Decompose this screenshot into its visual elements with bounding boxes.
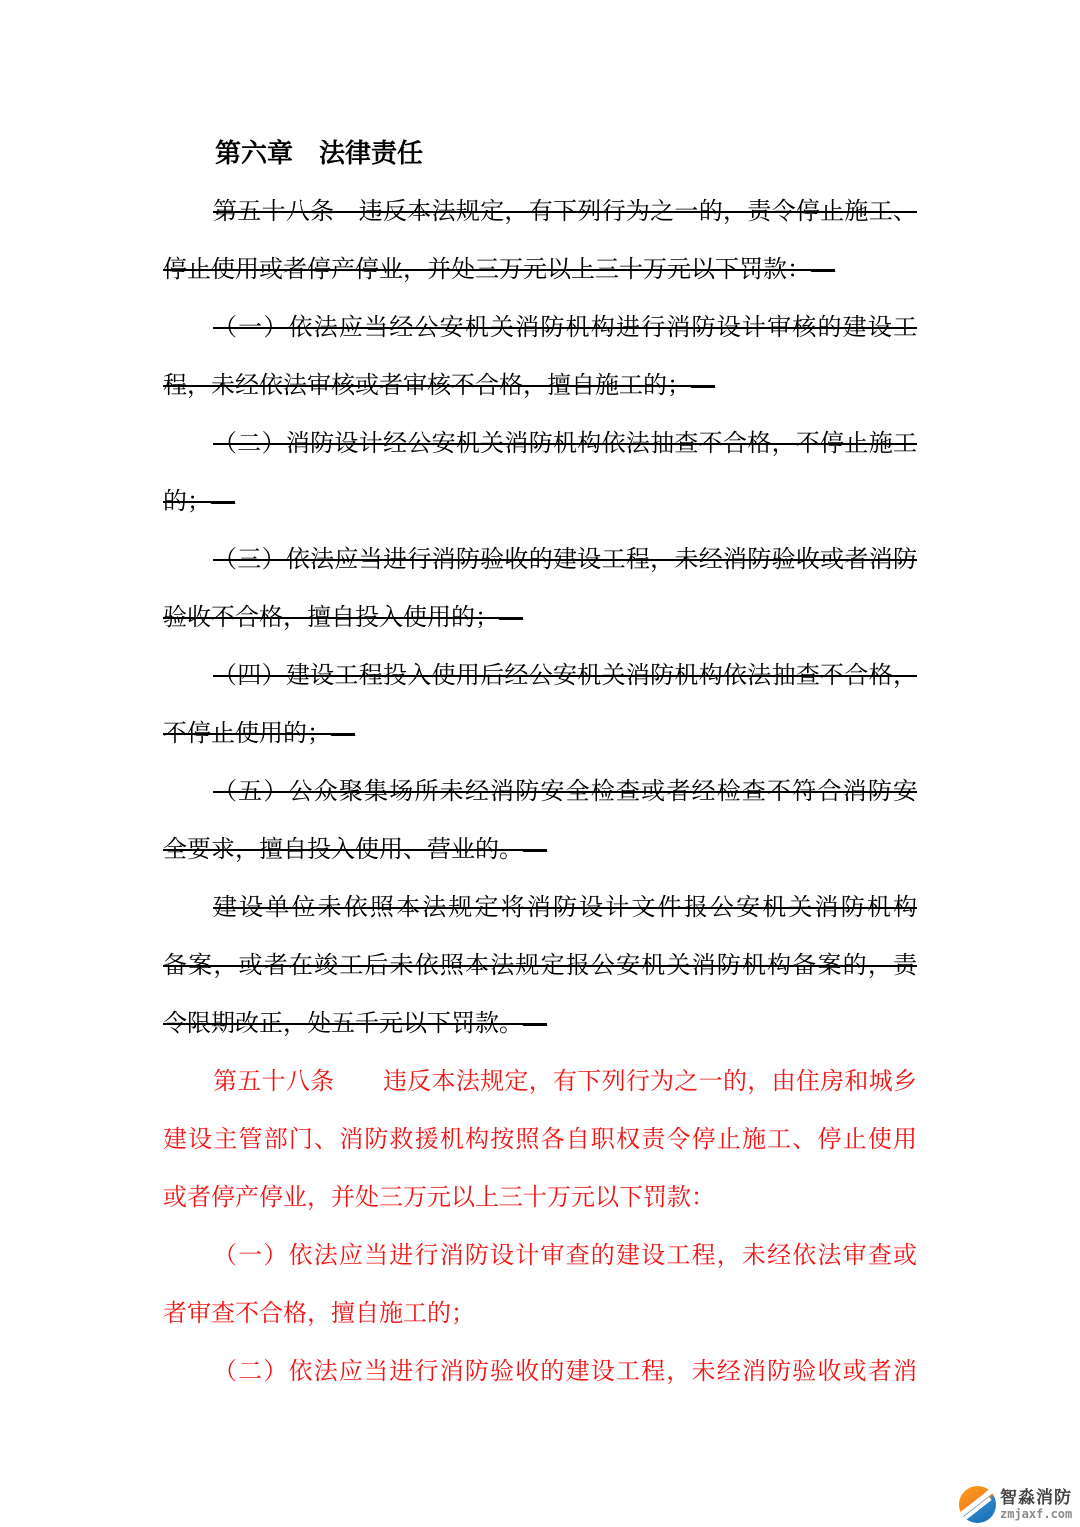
brand-domain: zmjaxf.com [1000,1508,1072,1520]
document-page: 第六章 法律责任 第五十八条 违反本法规定，有下列行为之一的，责令停止施工、 停… [0,0,1080,1527]
text-line: 不停止使用的；— [163,705,917,763]
text-line: 全要求，擅自投入使用、营业的。— [163,821,917,879]
chapter-heading: 第六章 法律责任 [163,125,917,183]
brand-name: 智淼消防 [1000,1489,1072,1506]
text-line: 建设单位未依照本法规定将消防设计文件报公安机关消防机构 [163,879,917,937]
deleted-paragraph: （五）公众聚集场所未经消防安全检查或者经检查不符合消防安 全要求，擅自投入使用、… [163,763,917,879]
text-line: （五）公众聚集场所未经消防安全检查或者经检查不符合消防安 [163,763,917,821]
document-body: 第六章 法律责任 第五十八条 违反本法规定，有下列行为之一的，责令停止施工、 停… [163,125,917,1401]
text-line: 第五十八条 违反本法规定，有下列行为之一的，责令停止施工、 [163,183,917,241]
text-line: （二）消防设计经公安机关消防机构依法抽查不合格，不停止施工 [163,415,917,473]
text-line: 令限期改正，处五千元以下罚款。— [163,995,917,1053]
text-line: 第五十八条 违反本法规定，有下列行为之一的，由住房和城乡 [163,1053,917,1111]
text-line: 备案，或者在竣工后未依照本法规定报公安机关消防机构备案的，责 [163,937,917,995]
deleted-paragraph: （三）依法应当进行消防验收的建设工程，未经消防验收或者消防 验收不合格，擅自投入… [163,531,917,647]
text-line: 的；— [163,473,917,531]
text-line: 建设主管部门、消防救援机构按照各自职权责令停止施工、停止使用 [163,1111,917,1169]
text-line: （一）依法应当进行消防设计审查的建设工程，未经依法审查或 [163,1227,917,1285]
text-line: 或者停产停业，并处三万元以上三十万元以下罚款： [163,1169,917,1227]
text-line: （二）依法应当进行消防验收的建设工程，未经消防验收或者消 [163,1343,917,1401]
text-line: 验收不合格，擅自投入使用的；— [163,589,917,647]
text-line: 程，未经依法审核或者审核不合格，擅自施工的；— [163,357,917,415]
text-line: （一）依法应当经公安机关消防机构进行消防设计审核的建设工 [163,299,917,357]
text-line: 停止使用或者停产停业，并处三万元以上三十万元以下罚款：— [163,241,917,299]
inserted-paragraph: （二）依法应当进行消防验收的建设工程，未经消防验收或者消 [163,1343,917,1401]
zhimiao-watermark: 智淼消防 zmjaxf.com [959,1486,1072,1523]
text-line: （四）建设工程投入使用后经公安机关消防机构依法抽查不合格， [163,647,917,705]
zhimiao-logo-icon [959,1486,996,1523]
text-line: 者审查不合格，擅自施工的； [163,1285,917,1343]
deleted-paragraph: 建设单位未依照本法规定将消防设计文件报公安机关消防机构 备案，或者在竣工后未依照… [163,879,917,1053]
text-line: （三）依法应当进行消防验收的建设工程，未经消防验收或者消防 [163,531,917,589]
inserted-paragraph: （一）依法应当进行消防设计审查的建设工程，未经依法审查或 者审查不合格，擅自施工… [163,1227,917,1343]
logo-text: 智淼消防 zmjaxf.com [1000,1489,1072,1520]
inserted-paragraph: 第五十八条 违反本法规定，有下列行为之一的，由住房和城乡 建设主管部门、消防救援… [163,1053,917,1227]
deleted-paragraph: 第五十八条 违反本法规定，有下列行为之一的，责令停止施工、 停止使用或者停产停业… [163,183,917,299]
deleted-paragraph: （二）消防设计经公安机关消防机构依法抽查不合格，不停止施工 的；— [163,415,917,531]
deleted-paragraph: （一）依法应当经公安机关消防机构进行消防设计审核的建设工 程，未经依法审核或者审… [163,299,917,415]
logo-swoosh [959,1486,996,1519]
deleted-paragraph: （四）建设工程投入使用后经公安机关消防机构依法抽查不合格， 不停止使用的；— [163,647,917,763]
